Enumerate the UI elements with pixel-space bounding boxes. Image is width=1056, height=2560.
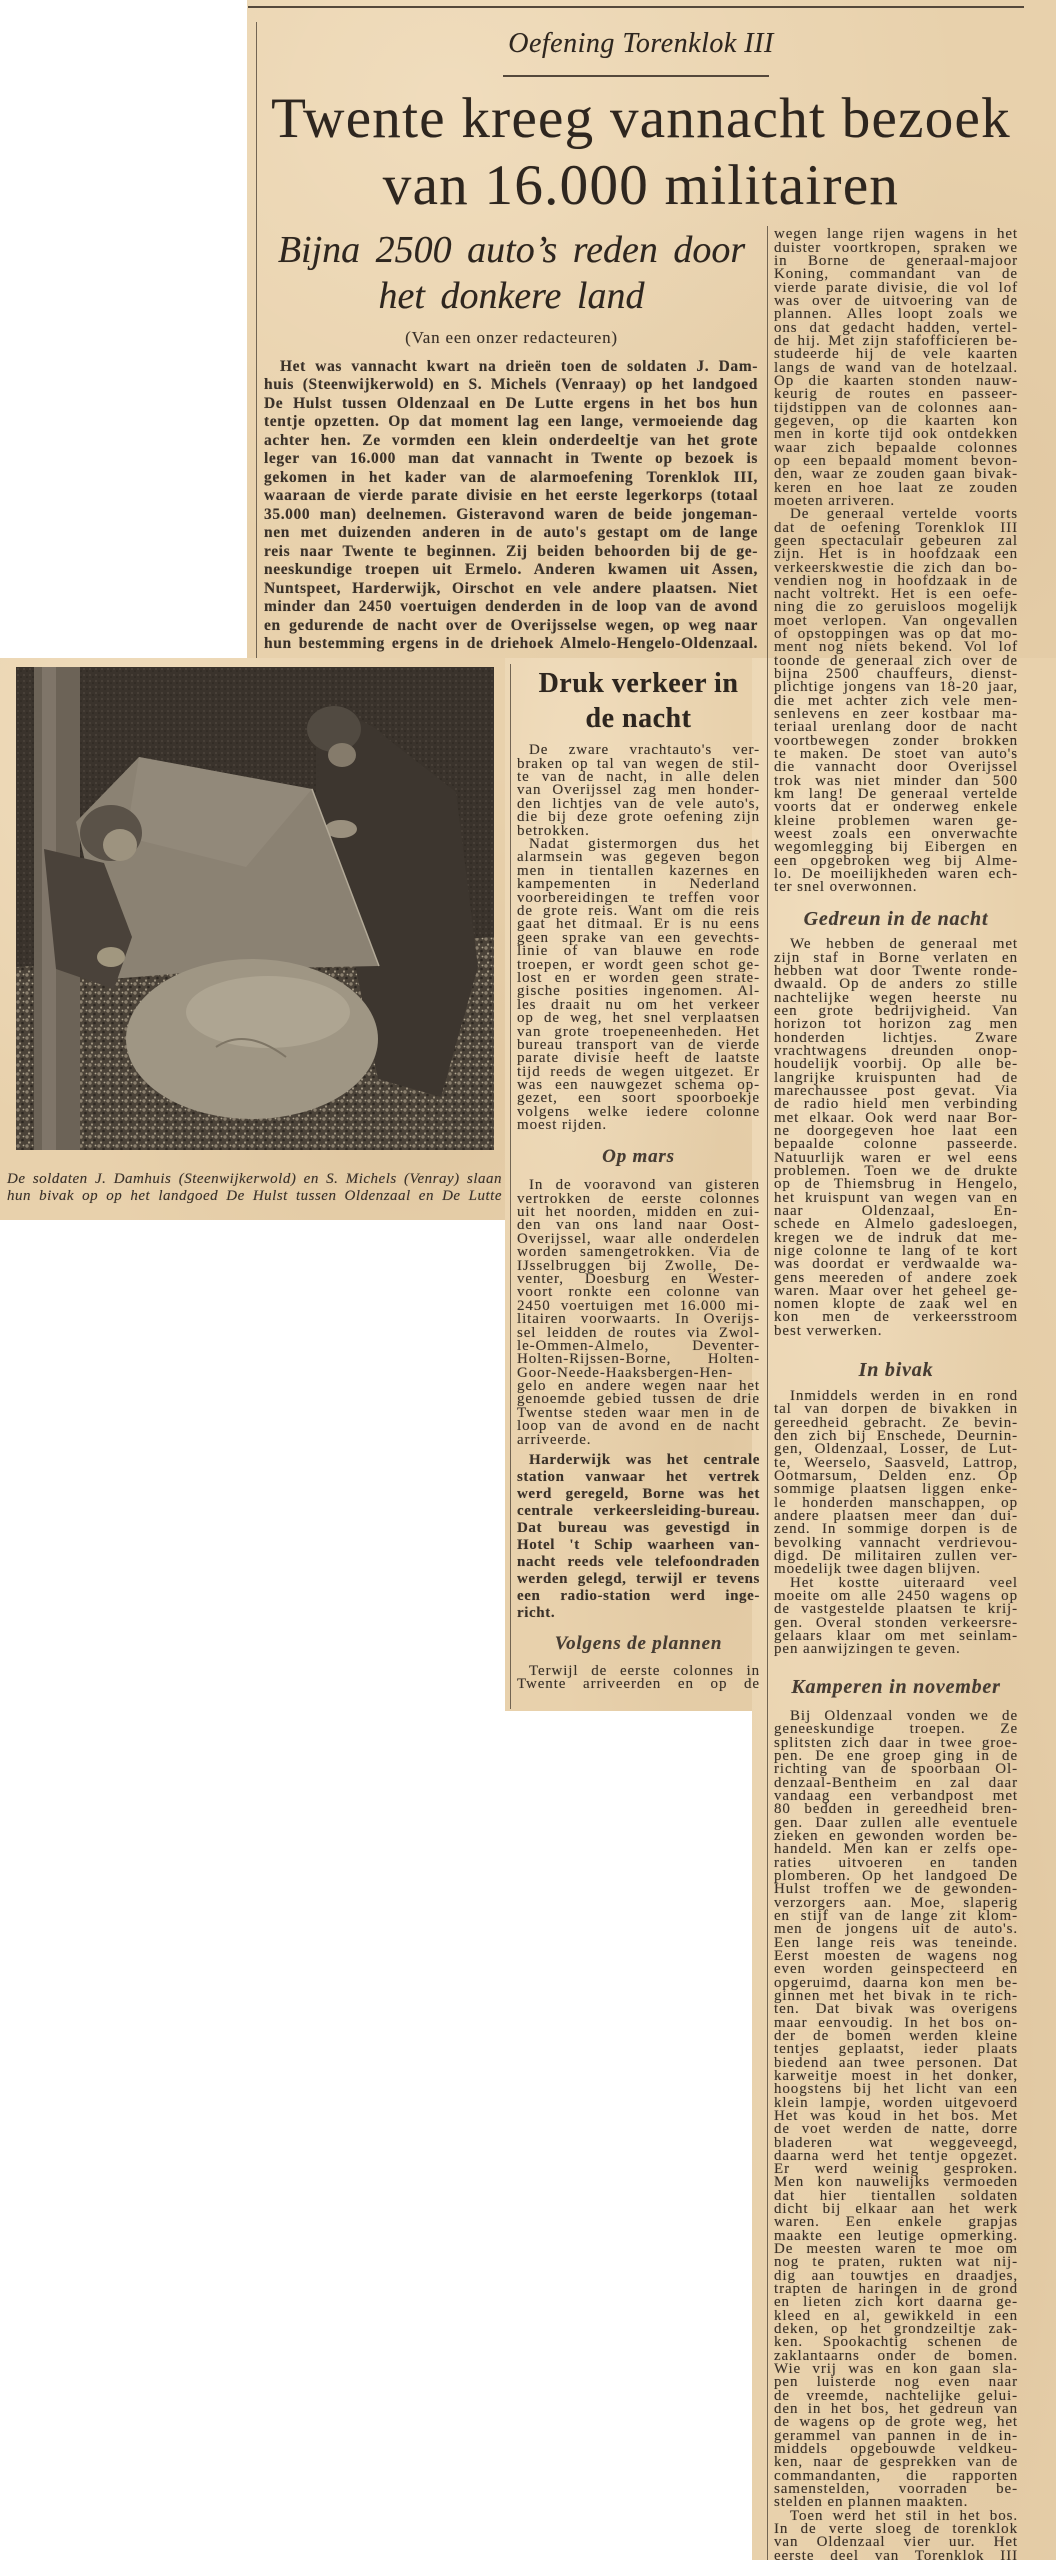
lead-paragraph: Het was vannacht kwart na drieën toen de…	[264, 358, 758, 654]
paragraph: Bij Oldenzaal vonden we degeneeskundige …	[774, 1710, 1018, 2510]
column-title: Druk verkeer inde nacht	[517, 666, 760, 736]
paragraph: We hebben de generaal metzijn staf in Bo…	[774, 938, 1018, 1338]
kicker-underline	[503, 75, 769, 77]
text-line: De Hulst tussen Oldenzaal en De Lutte er…	[264, 395, 758, 414]
paragraph: Harderwijk was het centralestation vanwa…	[517, 1452, 760, 1622]
text-line: minder dan 2450 voertuigen denderden in …	[264, 598, 758, 617]
paragraph: Nadat gistermorgen dus hetalarmsein was …	[517, 838, 760, 1133]
text-line: waaraan de vierde parate divisie en het …	[264, 487, 758, 506]
text-line: best verwerken.	[774, 1325, 1018, 1338]
paragraph: Inmiddels werden in en rondtal van dorpe…	[774, 1390, 1018, 1577]
text-line: moest rijden.	[517, 1119, 760, 1132]
text-line: nen met duizenden anderen in de auto's g…	[264, 524, 758, 543]
text-line: achter hen. Ze vormden een klein onderde…	[264, 432, 758, 451]
column-divider-middle	[510, 664, 511, 1709]
text-line: De soldaten J. Damhuis (Steenwijkerwold)…	[7, 1171, 502, 1188]
paragraph: Het kostte uiteraard veelmoeite om alle …	[774, 1577, 1018, 1657]
photo-image	[16, 667, 494, 1150]
text-line: Dat bureau was gevestigd in	[517, 1520, 760, 1537]
text-line: richt.	[517, 1605, 760, 1622]
subheadline-line: het donkere land	[258, 273, 765, 319]
text-line: een radio-station werd inge-	[517, 1588, 760, 1605]
section-heading: Volgens de plannen	[517, 1622, 760, 1665]
paragraph: De zware vrachtauto's ver-braken op tal …	[517, 744, 760, 838]
text-line: nacht reeds vele telefoondraden	[517, 1554, 760, 1571]
photo-caption: De soldaten J. Damhuis (Steenwijkerwold)…	[7, 1171, 502, 1205]
text-line: Hotel 't Schip waarheen van-	[517, 1537, 760, 1554]
text-line: Nuntspeet, Harderwijk, Oirschot en vele …	[264, 580, 758, 599]
paragraph: De generaal vertelde voortsdat de oefeni…	[774, 508, 1018, 895]
top-page-rule	[248, 6, 1024, 8]
byline: (Van een onzer redacteuren)	[258, 328, 765, 348]
text-line: Het was vannacht kwart na drieën toen de…	[264, 358, 758, 377]
section-heading: Kamperen in november	[774, 1657, 1018, 1710]
text-line: en gedurende de nacht over de Overijssel…	[264, 617, 758, 636]
text-line: pen aanwijzingen te geven.	[774, 1643, 1018, 1656]
headline-line: Twente kreeg vannacht bezoek	[258, 85, 1024, 152]
text-line: werden gelegd, terwijl er tevens	[517, 1571, 760, 1588]
section-heading: In bivak	[774, 1338, 1018, 1390]
text-line: eerste deel van Torenklok III	[774, 2550, 1018, 2560]
headline: Twente kreeg vannacht bezoek van 16.000 …	[258, 85, 1024, 219]
article-column-right: wegen lange rijen wagens in hetduister v…	[774, 228, 1018, 2560]
text-line: gekomen in het kader van de alarmoefenin…	[264, 469, 758, 488]
headline-line: van 16.000 militairen	[258, 152, 1024, 219]
column-title-line: Druk verkeer in	[517, 666, 760, 701]
text-line: hun bestemming ergens in de driehoek Alm…	[264, 635, 758, 654]
text-line: neeskundige troepen uit Ermelo. Anderen …	[264, 561, 758, 580]
text-line: arriveerde.	[517, 1434, 760, 1447]
text-line: Twente arriveerden en op de	[517, 1678, 760, 1691]
kicker: Oefening Torenklok III	[258, 28, 1024, 62]
paragraph: Terwijl de eerste colonnes inTwente arri…	[517, 1665, 760, 1692]
text-line: tentje opzetten. Op dat moment lag een l…	[264, 413, 758, 432]
section-heading: Op mars	[517, 1133, 760, 1180]
text-line: 35.000 man) deelnemen. Gisteravond waren…	[264, 506, 758, 525]
paragraph: wegen lange rijen wagens in hetduister v…	[774, 228, 1018, 508]
text-line: reis naar Twente te beginnen. Zij beiden…	[264, 543, 758, 562]
column-title-line: de nacht	[517, 701, 760, 736]
news-photo	[16, 667, 494, 1150]
text-line: huis (Steenwijkerwold) en S. Michels (Ve…	[264, 376, 758, 395]
column-divider-left	[256, 22, 257, 658]
section-heading: Gedreun in de nacht	[774, 895, 1018, 939]
text-line: centrale verkeersleiding-bureau.	[517, 1503, 760, 1520]
text-line: ter snel overwonnen.	[774, 881, 1018, 894]
text-line: werd geregeld, Borne was het	[517, 1486, 760, 1503]
subheadline-line: Bijna 2500 auto’s reden door	[258, 227, 765, 273]
paragraph: In de vooravond van gisterenvertrokken d…	[517, 1179, 760, 1447]
paragraph: Toen werd het stil in het bos.In de vert…	[774, 2510, 1018, 2560]
text-line: hun bivak op op het landgoed De Hulst tu…	[7, 1188, 502, 1205]
text-line: Harderwijk was het centrale	[517, 1452, 760, 1469]
subheadline: Bijna 2500 auto’s reden door het donkere…	[258, 227, 765, 319]
column-divider-right	[767, 226, 768, 2560]
bedroll-bundle	[126, 959, 378, 1119]
text-line: station vanwaar het vertrek	[517, 1469, 760, 1486]
text-line: leger van 16.000 man dat vannacht in Twe…	[264, 450, 758, 469]
article-column-middle: Druk verkeer inde nachtDe zware vrachtau…	[517, 666, 760, 1692]
